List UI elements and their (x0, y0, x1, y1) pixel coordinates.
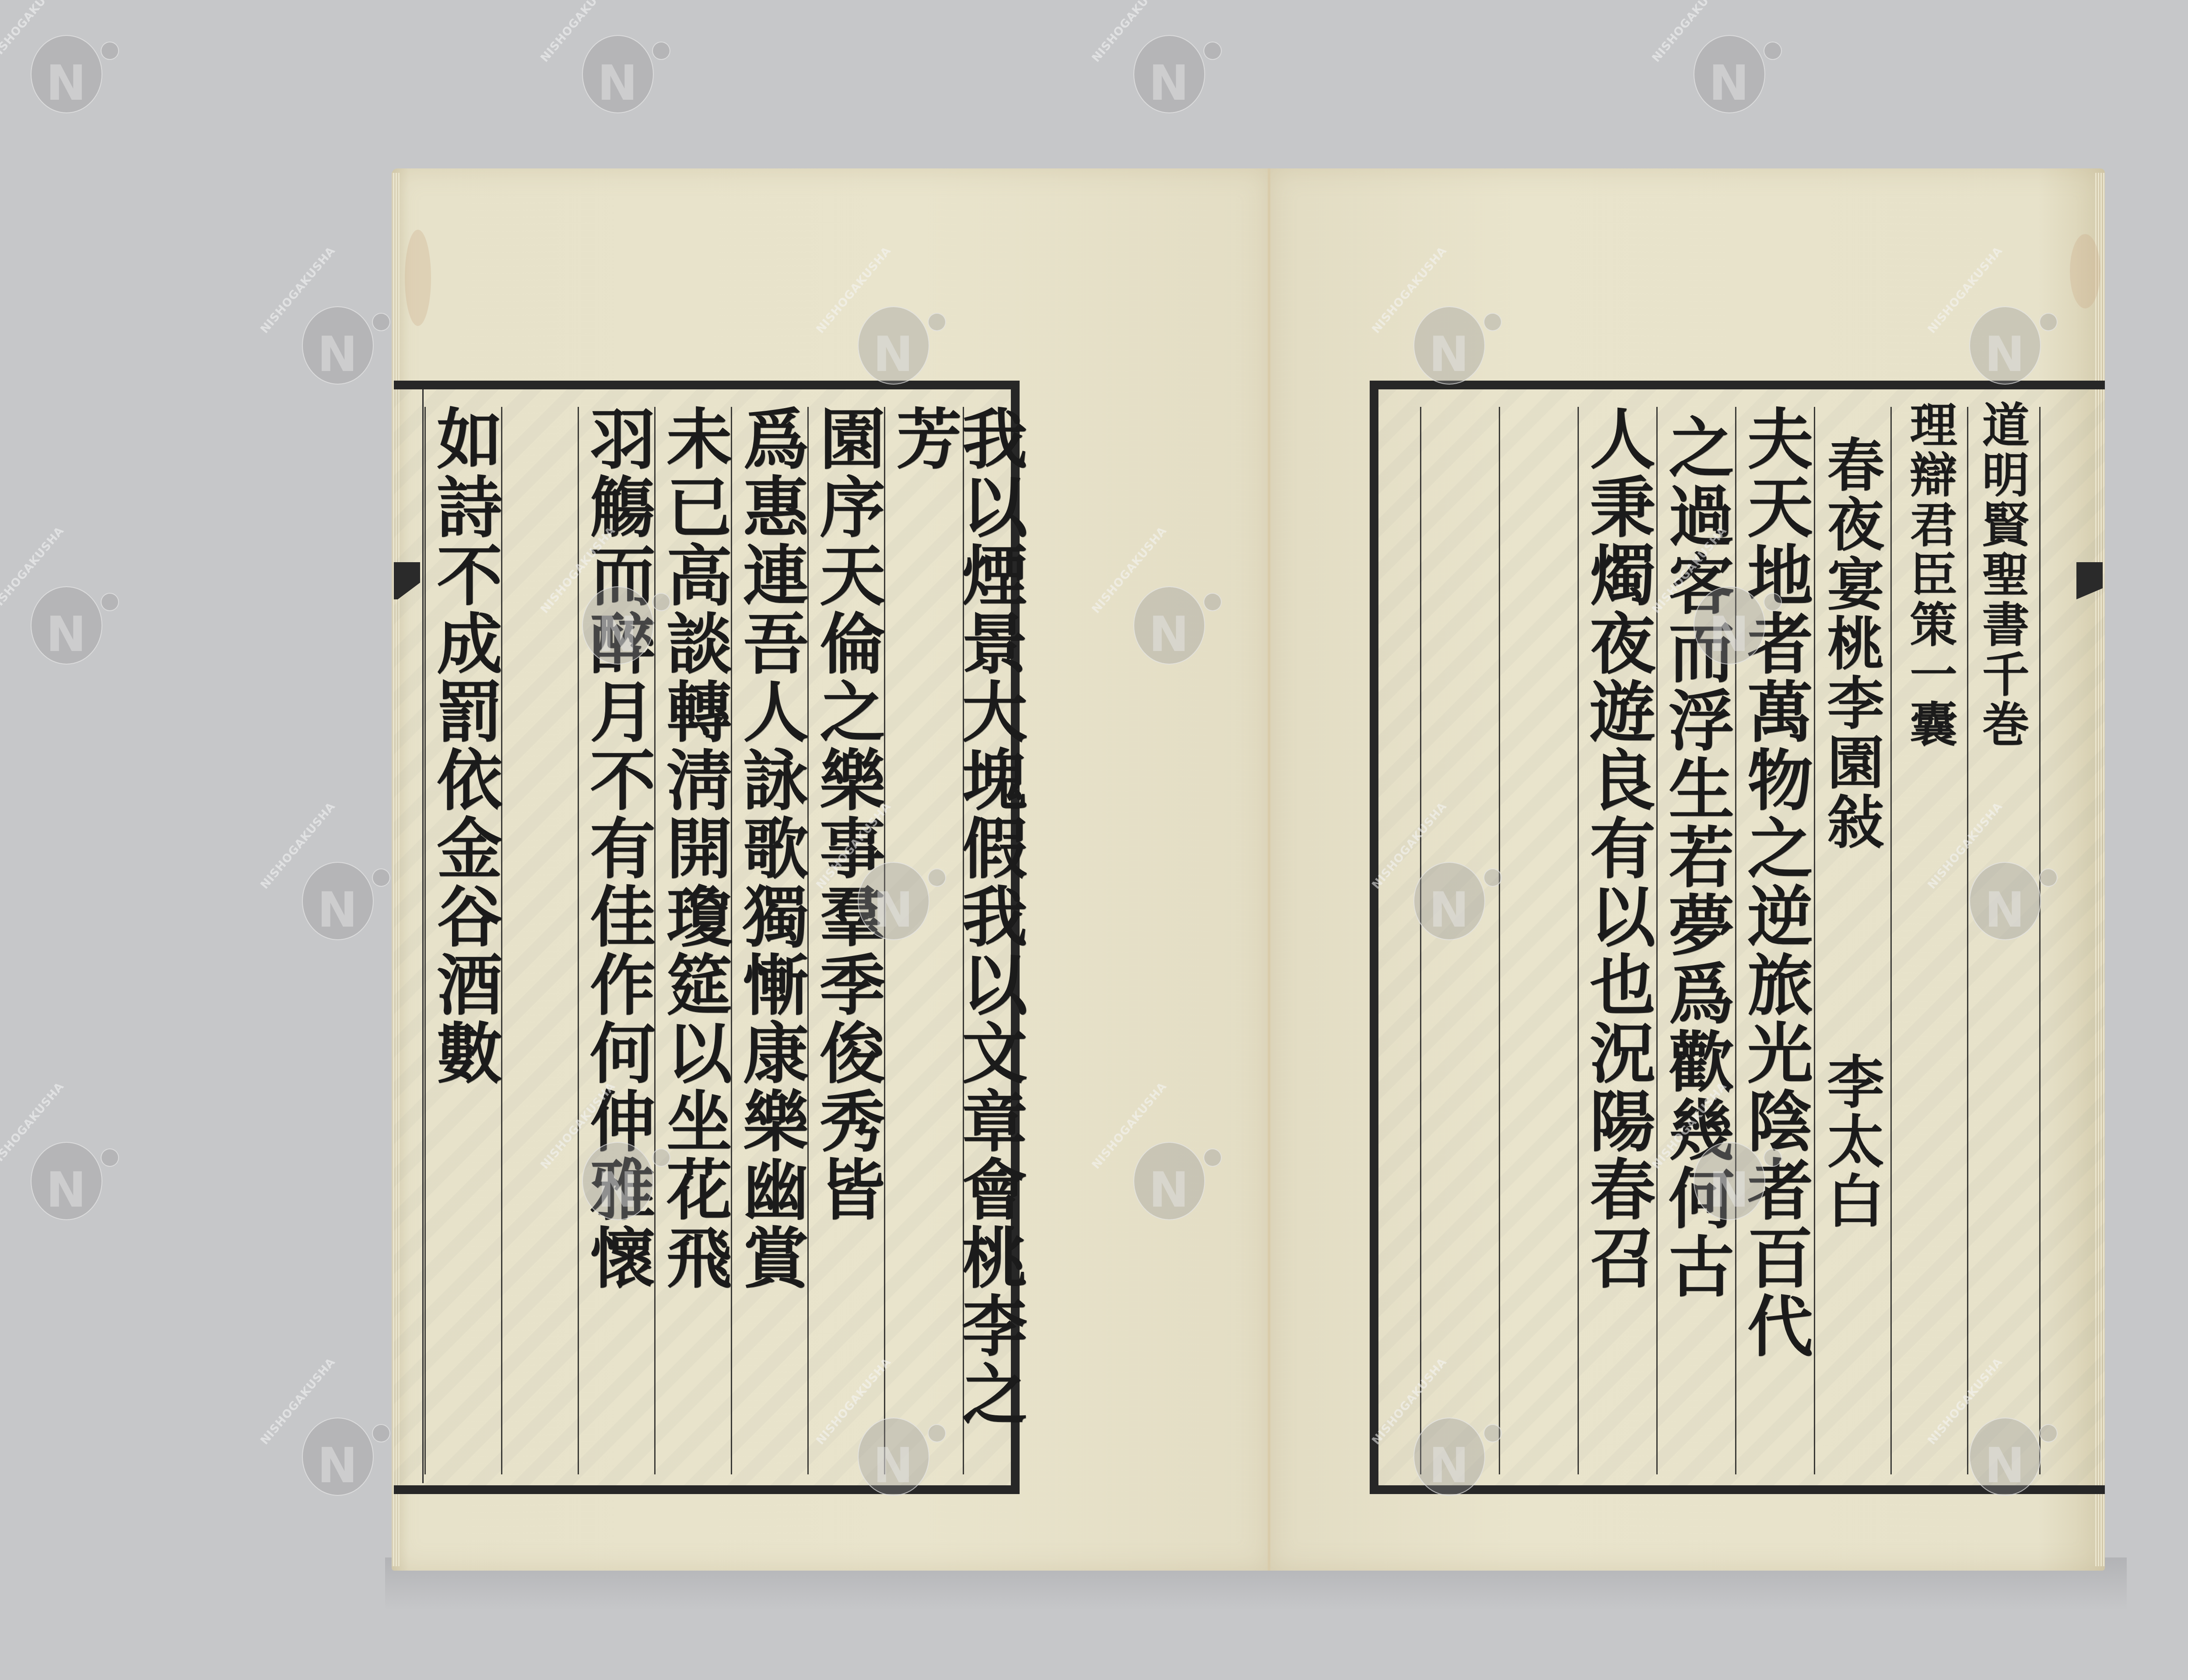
stain (405, 230, 431, 326)
margin-rule (422, 389, 424, 1483)
header-line: 理辯君臣策一囊 (1906, 400, 1953, 1100)
column-rule (1967, 407, 1968, 1474)
column-rule (1814, 407, 1815, 1474)
text-column: 我以煙景大塊假我以文章會桃李之芳 (891, 405, 1022, 1477)
watermark-logo: NISHOGAKUSHAN (289, 1400, 394, 1505)
column-rule (1420, 407, 1421, 1474)
watermark-logo: NISHOGAKUSHAN (289, 289, 394, 394)
author-name: 李太白 (1823, 1052, 1879, 1315)
watermark-logo: NISHOGAKUSHAN (18, 1124, 123, 1229)
watermark-logo: NISHOGAKUSHAN (1120, 17, 1225, 122)
column-rule (1499, 407, 1500, 1474)
text-column: 未已高談轉淸開瓊筵以坐花飛 (661, 405, 726, 1477)
text-column: 園序天倫之樂事羣季俊秀皆 (814, 405, 880, 1477)
text-column: 如詩不成罰依金谷酒數 (431, 405, 497, 1477)
poem-title: 春夜宴桃李園敍 (1823, 435, 1879, 1004)
watermark-logo: NISHOGAKUSHAN (18, 569, 123, 674)
text-column: 爲惠連吾人詠歌獨慚康樂幽賞 (737, 405, 803, 1477)
text-column: 羽觴而醉月不有佳作何伸雅懷 (584, 405, 650, 1477)
watermark-logo: NISHOGAKUSHAN (1680, 17, 1785, 122)
text-column: 之過客而浮生若夢爲歡幾何古 (1663, 413, 1729, 1485)
center-fold (1268, 168, 1270, 1571)
text-column: 人秉燭夜遊良有以也況陽春召 (1584, 405, 1650, 1477)
header-line: 道明賢聖書千巻 (1978, 400, 2025, 1100)
watermark-logo: NISHOGAKUSHAN (569, 17, 674, 122)
watermark-logo: NISHOGAKUSHAN (18, 17, 123, 122)
stain (2070, 234, 2100, 308)
text-column: 夫天地者萬物之逆旅光陰者百代 (1742, 405, 1807, 1477)
open-book: 我以煙景大塊假我以文章會桃李之芳 園序天倫之樂事羣季俊秀皆 爲惠連吾人詠歌獨慚康… (392, 168, 2105, 1571)
column-rule (1890, 407, 1892, 1474)
column-rule (2039, 407, 2041, 1474)
left-page: 我以煙景大塊假我以文章會桃李之芳 園序天倫之樂事羣季俊秀皆 爲惠連吾人詠歌獨慚康… (392, 168, 1269, 1571)
watermark-logo: NISHOGAKUSHAN (289, 844, 394, 949)
